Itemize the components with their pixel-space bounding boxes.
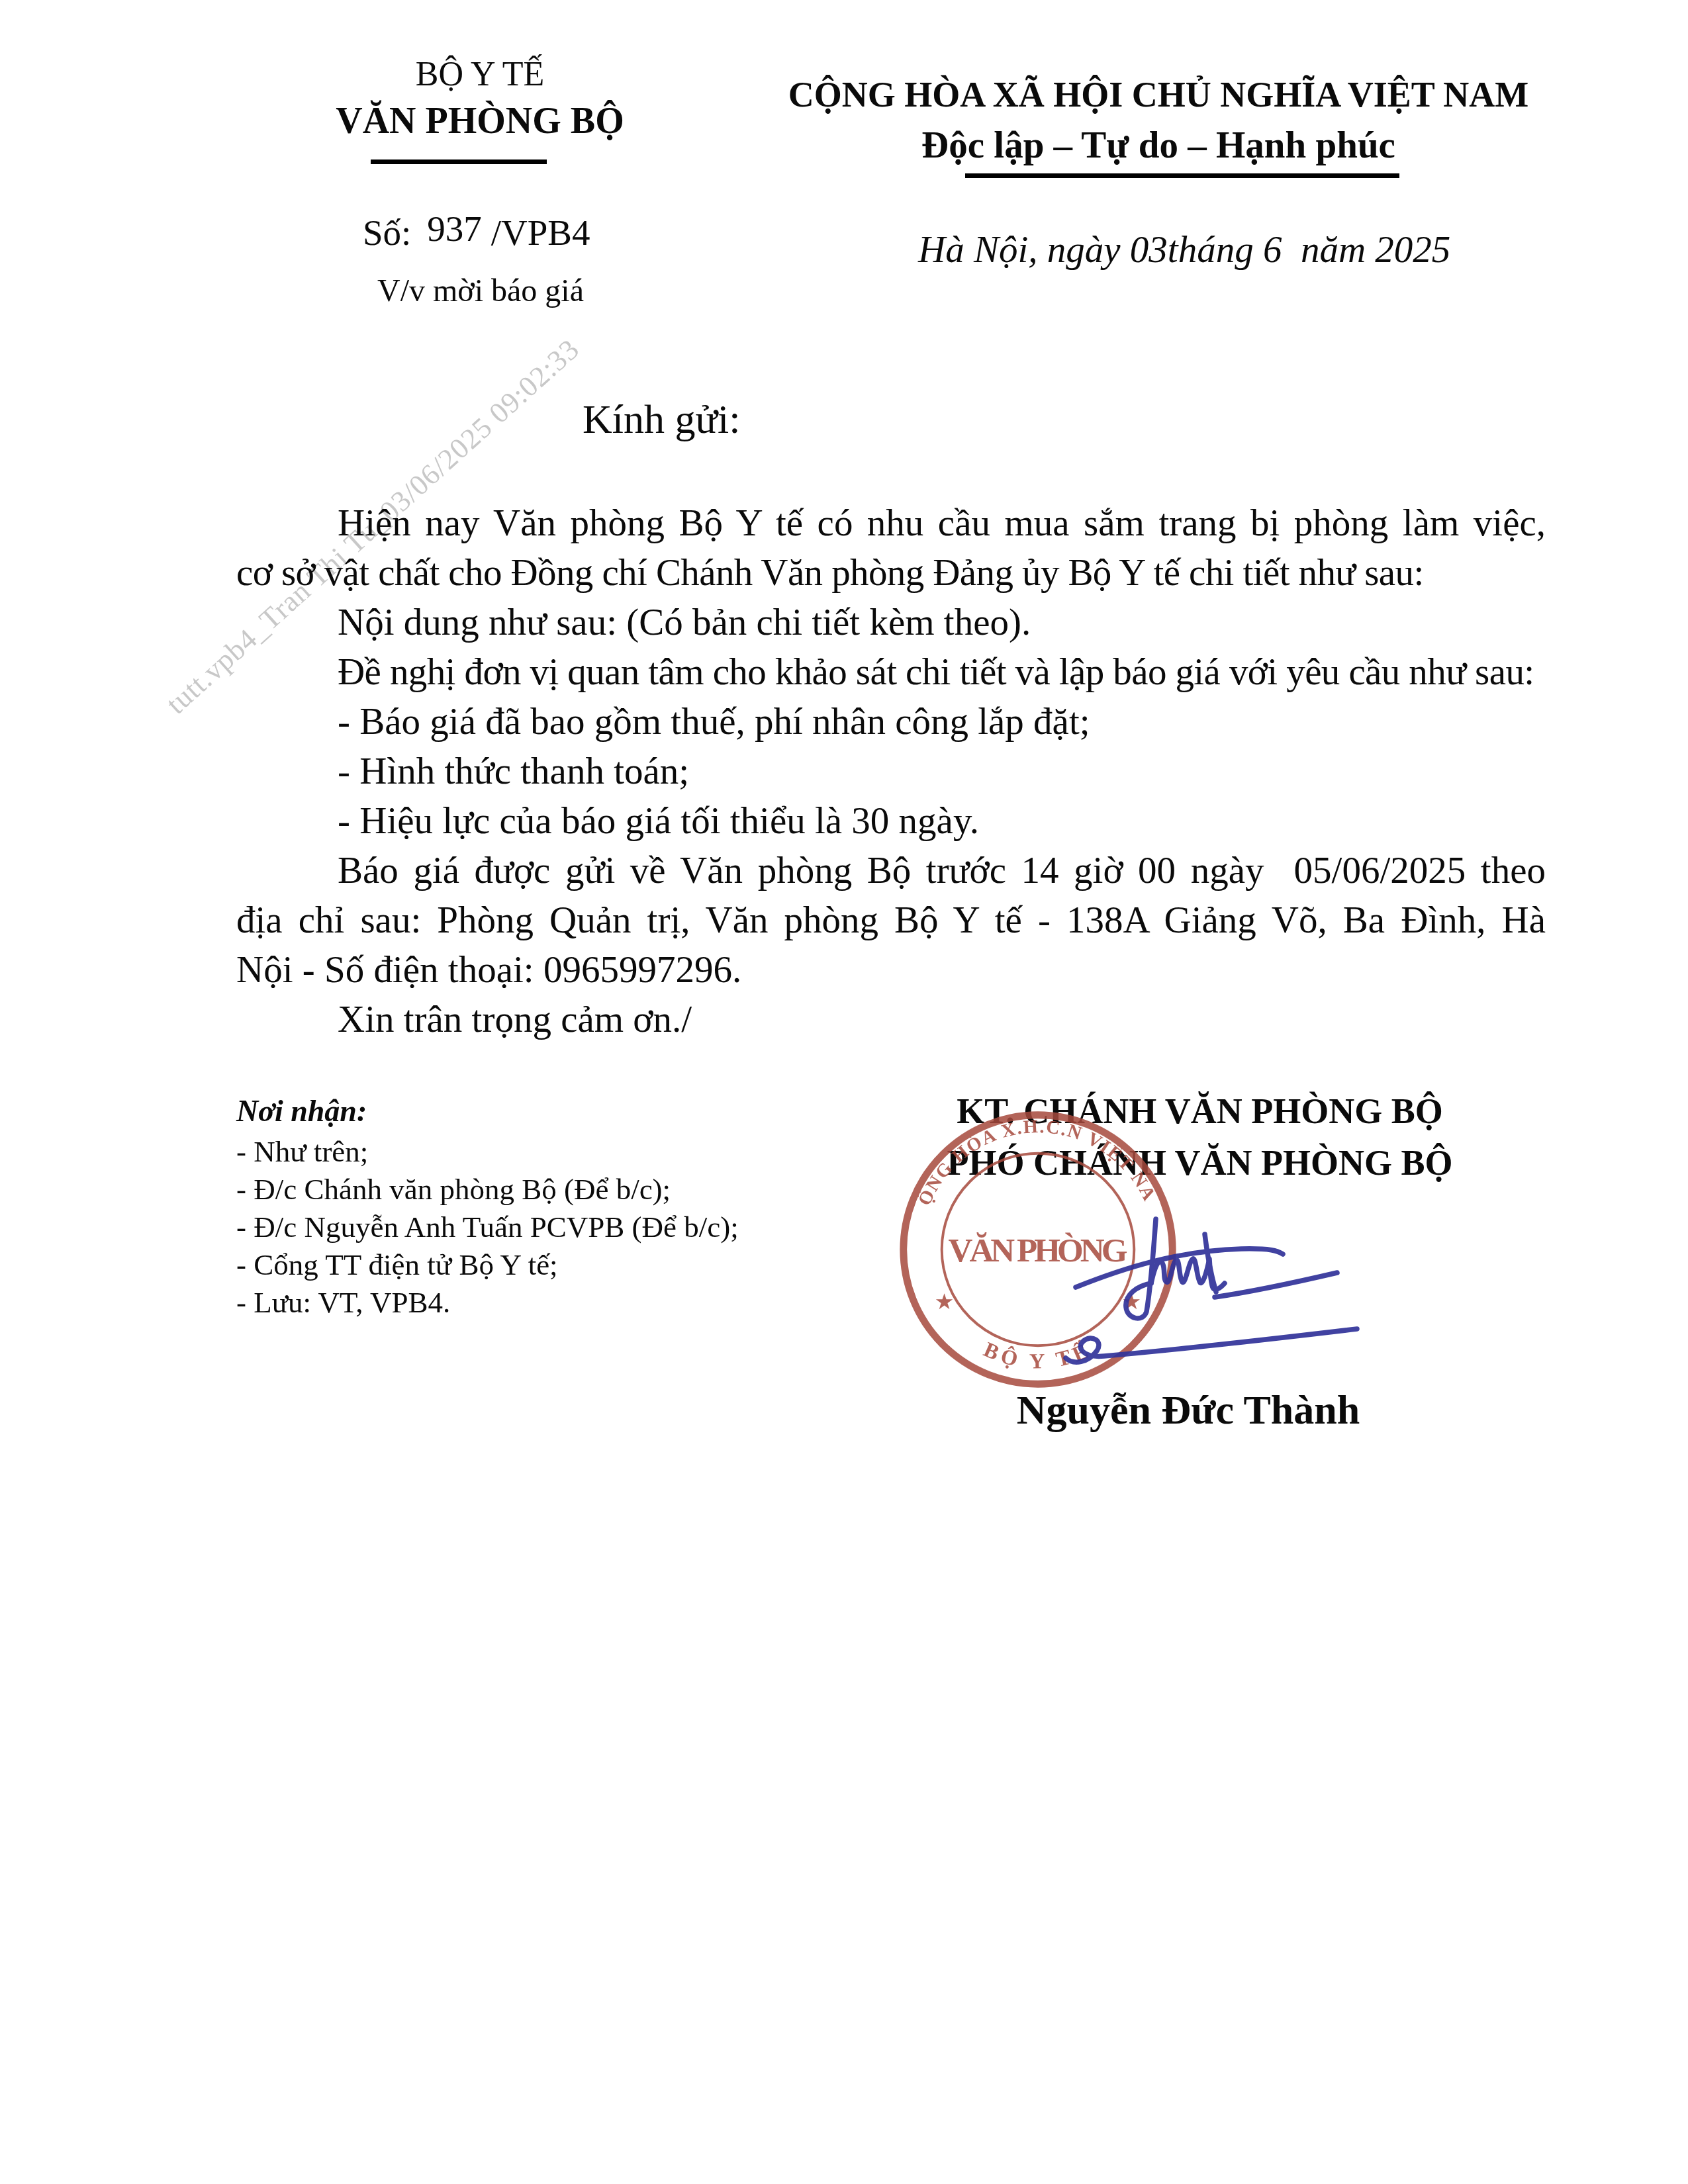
national-motto-line1: CỘNG HÒA XÃ HỘI CHỦ NGHĨA VIỆT NAM (788, 74, 1529, 116)
signature-stroke (1215, 1273, 1337, 1297)
doc-number-label: Số: (363, 212, 411, 253)
national-motto-line2: Độc lập – Tự do – Hạnh phúc (788, 123, 1529, 167)
recipient-item: - Đ/c Nguyễn Anh Tuấn PCVPB (Để b/c); (236, 1210, 739, 1245)
motto-underline-rule (965, 173, 1399, 178)
doc-number-line: Số: 937/VPB4 (363, 212, 590, 255)
body-line: địa chỉ sau: Phòng Quản trị, Văn phòng B… (236, 898, 1546, 942)
doc-subject: V/v mời báo giá (377, 273, 584, 310)
body-line: Báo giá được gửi về Văn phòng Bộ trước 1… (338, 848, 1546, 893)
recipient-item: - Lưu: VT, VPB4. (236, 1285, 450, 1320)
issuer-underline-rule (371, 159, 547, 164)
body-line: Nội dung như sau: (Có bản chi tiết kèm t… (338, 600, 1031, 645)
salutation: Kính gửi: (583, 396, 741, 444)
body-line: - Báo giá đã bao gồm thuế, phí nhân công… (338, 700, 1090, 744)
body-line: Hiện nay Văn phòng Bộ Y tế có nhu cầu mu… (338, 501, 1546, 545)
issuer-office: VĂN PHÒNG BỘ (265, 99, 695, 143)
doc-number-value: 937 (427, 208, 482, 249)
recipients-title: Nơi nhận: (236, 1093, 367, 1129)
recipient-item: - Như trên; (236, 1134, 368, 1169)
body-closing-line: Xin trân trọng cảm ơn./ (338, 997, 692, 1042)
recipient-item: - Cổng TT điện tử Bộ Y tế; (236, 1248, 558, 1283)
place-date-line: Hà Nội, ngày 03tháng 6 năm 2025 (918, 228, 1450, 272)
recipient-item: - Đ/c Chánh văn phòng Bộ (Để b/c); (236, 1172, 671, 1207)
body-line: Nội - Số điện thoại: 0965997296. (236, 948, 741, 992)
signature-stroke (1066, 1329, 1357, 1362)
body-line: - Hiệu lực của báo giá tối thiểu là 30 n… (338, 799, 979, 843)
handwritten-signature (960, 1185, 1410, 1383)
doc-number-suffix: /VPB4 (491, 212, 590, 253)
document-page: tutt.vpb4_Tran Thi Tu_03/06/2025 09:02:3… (0, 0, 1688, 2184)
signer-name: Nguyễn Đức Thành (990, 1387, 1387, 1435)
stamp-star-left-icon: ★ (935, 1290, 955, 1314)
body-line: Đề nghị đơn vị quan tâm cho khảo sát chi… (338, 650, 1534, 694)
issuer-parent-org: BỘ Y TẾ (265, 54, 695, 95)
body-line: cơ sở vật chất cho Đồng chí Chánh Văn ph… (236, 551, 1554, 595)
body-line: - Hình thức thanh toán; (338, 749, 689, 794)
